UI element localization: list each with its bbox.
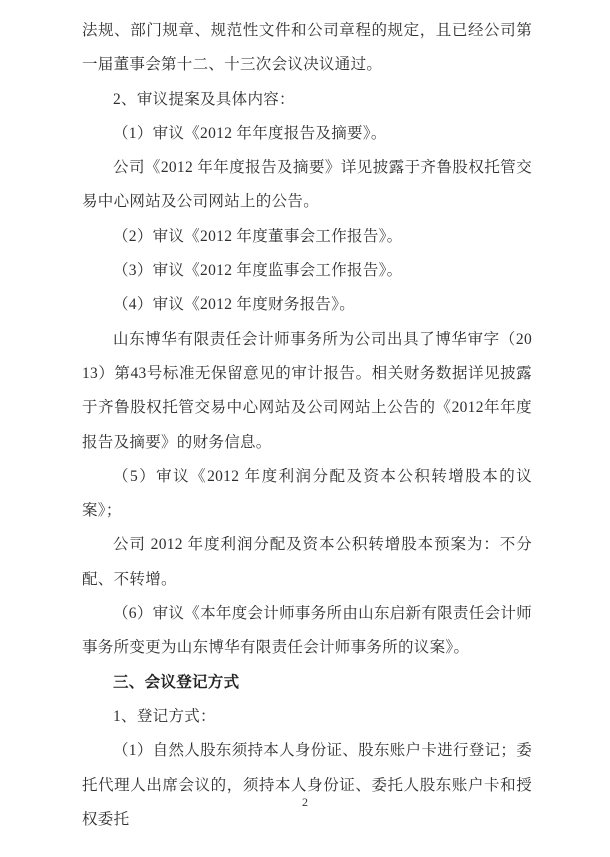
document-body: 法规、部门规章、规范性文件和公司章程的规定，且已经公司第一届董事会第十二、十三次…	[82, 14, 532, 837]
paragraph: （5）审议《2012 年度利润分配及资本公积转增股本的议案》；	[82, 460, 532, 529]
paragraph: 公司 2012 年度利润分配及资本公积转增股本预案为：不分配、不转增。	[82, 528, 532, 597]
paragraph: 2、审议提案及具体内容：	[82, 83, 532, 117]
paragraph: 公司《2012 年年度报告及摘要》详见披露于齐鲁股权托管交易中心网站及公司网站上…	[82, 151, 532, 220]
paragraph: 山东博华有限责任会计师事务所为公司出具了博华审字（2013）第43号标准无保留意…	[82, 323, 532, 460]
paragraph: （2）审议《2012 年度董事会工作报告》。	[82, 220, 532, 254]
paragraph: （1）审议《2012 年年度报告及摘要》。	[82, 117, 532, 151]
section-heading: 三、会议登记方式	[82, 666, 532, 700]
document-page: 法规、部门规章、规范性文件和公司章程的规定，且已经公司第一届董事会第十二、十三次…	[0, 0, 610, 857]
page-number: 2	[302, 795, 308, 809]
paragraph: 法规、部门规章、规范性文件和公司章程的规定，且已经公司第一届董事会第十二、十三次…	[82, 14, 532, 83]
paragraph: （6）审议《本年度会计师事务所由山东启新有限责任会计师事务所变更为山东博华有限责…	[82, 597, 532, 666]
paragraph: （1）自然人股东须持本人身份证、股东账户卡进行登记；委托代理人出席会议的，须持本…	[82, 734, 532, 837]
page-footer: 2	[0, 793, 610, 811]
paragraph: 1、登记方式：	[82, 700, 532, 734]
paragraph: （3）审议《2012 年度监事会工作报告》。	[82, 254, 532, 288]
paragraph: （4）审议《2012 年度财务报告》。	[82, 288, 532, 322]
